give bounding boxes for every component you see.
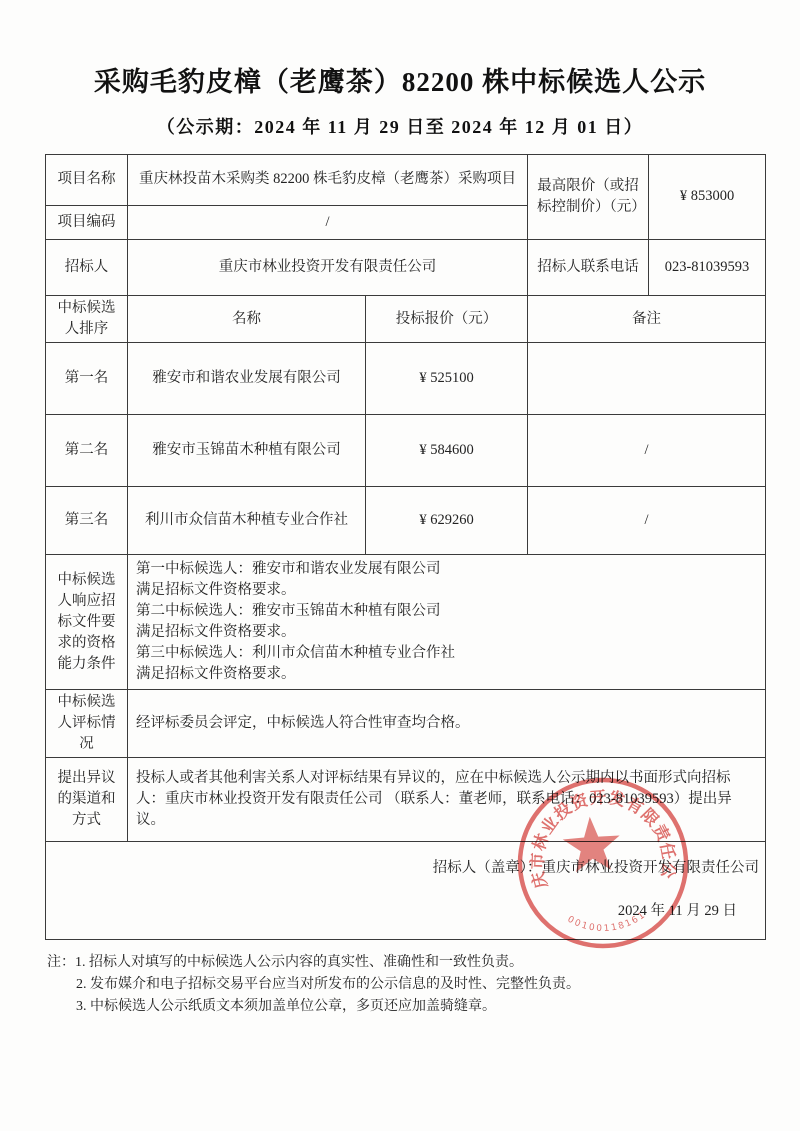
signature-row: 招标人（盖章）：重庆市林业投资开发有限责任公司 2024 年 11 月 29 日 (46, 842, 766, 940)
candidate-remark: / (528, 487, 766, 555)
note-line-2: 2. 发布媒介和电子招标交易平台应当对所发布的公示信息的及时性、完整性负责。 (47, 974, 800, 996)
candidate-rank: 第二名 (46, 415, 128, 487)
price-header: 投标报价（元） (366, 296, 528, 343)
candidate-rank: 第一名 (46, 343, 128, 415)
tenderer-phone-label: 招标人联系电话 (528, 240, 649, 296)
qualification-line: 第二中标候选人：雅安市玉锦苗木种植有限公司 (136, 601, 757, 622)
qualification-line: 第三中标候选人：利川市众信苗木种植专业合作社 (136, 643, 757, 664)
note-item: 3. 中标候选人公示纸质文本须加盖单位公章，多页还应加盖骑缝章。 (76, 999, 496, 1014)
candidate-name: 利川市众信苗木种植专业合作社 (128, 487, 366, 555)
note-item: 2. 发布媒介和电子招标交易平台应当对所发布的公示信息的及时性、完整性负责。 (76, 977, 580, 992)
evaluation-label: 中标候选人评标情况 (46, 690, 128, 758)
qualification-line: 满足招标文件资格要求。 (136, 580, 757, 601)
note-item: 1. 招标人对填写的中标候选人公示内容的真实性、准确性和一致性负责。 (75, 955, 523, 970)
candidate-row-3: 第三名 利川市众信苗木种植专业合作社 ¥ 629260 / (46, 487, 766, 555)
objection-content: 投标人或者其他利害关系人对评标结果有异议的，应在中标候选人公示期内以书面形式向招… (128, 758, 766, 842)
evaluation-row: 中标候选人评标情况 经评标委员会评定，中标候选人符合性审查均合格。 (46, 690, 766, 758)
publicity-period: （公示期：2024 年 11 月 29 日至 2024 年 12 月 01 日） (0, 113, 800, 139)
remark-header: 备注 (528, 296, 766, 343)
project-name-value: 重庆林投苗木采购类 82200 株毛豹皮樟（老鹰茶）采购项目 (128, 155, 528, 206)
note-line-1: 注：1. 招标人对填写的中标候选人公示内容的真实性、准确性和一致性负责。 (47, 952, 800, 974)
candidates-header-row: 中标候选人排序 名称 投标报价（元） 备注 (46, 296, 766, 343)
tenderer-row: 招标人 重庆市林业投资开发有限责任公司 招标人联系电话 023-81039593 (46, 240, 766, 296)
candidate-rank: 第三名 (46, 487, 128, 555)
qualification-line: 满足招标文件资格要求。 (136, 622, 757, 643)
candidate-remark: / (528, 415, 766, 487)
rank-header: 中标候选人排序 (46, 296, 128, 343)
qualification-line: 满足招标文件资格要求。 (136, 664, 757, 685)
evaluation-content: 经评标委员会评定，中标候选人符合性审查均合格。 (128, 690, 766, 758)
signature-cell: 招标人（盖章）：重庆市林业投资开发有限责任公司 2024 年 11 月 29 日 (46, 842, 766, 940)
candidate-remark (528, 343, 766, 415)
candidate-name: 雅安市玉锦苗木种植有限公司 (128, 415, 366, 487)
objection-row: 提出异议的渠道和方式 投标人或者其他利害关系人对评标结果有异议的，应在中标候选人… (46, 758, 766, 842)
project-name-label: 项目名称 (46, 155, 128, 206)
qualification-line: 第一中标候选人：雅安市和谐农业发展有限公司 (136, 559, 757, 580)
candidate-row-2: 第二名 雅安市玉锦苗木种植有限公司 ¥ 584600 / (46, 415, 766, 487)
project-name-row: 项目名称 重庆林投苗木采购类 82200 株毛豹皮樟（老鹰茶）采购项目 最高限价… (46, 155, 766, 206)
candidate-name: 雅安市和谐农业发展有限公司 (128, 343, 366, 415)
notes: 注：1. 招标人对填写的中标候选人公示内容的真实性、准确性和一致性负责。 2. … (47, 952, 800, 1018)
qualification-content: 第一中标候选人：雅安市和谐农业发展有限公司 满足招标文件资格要求。 第二中标候选… (128, 555, 766, 690)
signature-date: 2024 年 11 月 29 日 (46, 901, 759, 922)
note-line-3: 3. 中标候选人公示纸质文本须加盖单位公章，多页还应加盖骑缝章。 (47, 996, 800, 1018)
candidate-price: ¥ 525100 (366, 343, 528, 415)
name-header: 名称 (128, 296, 366, 343)
candidate-price: ¥ 629260 (366, 487, 528, 555)
candidate-row-1: 第一名 雅安市和谐农业发展有限公司 ¥ 525100 (46, 343, 766, 415)
tenderer-phone-value: 023-81039593 (649, 240, 766, 296)
document-page: 采购毛豹皮樟（老鹰茶）82200 株中标候选人公示 （公示期：2024 年 11… (0, 0, 800, 1131)
qualification-row: 中标候选人响应招标文件要求的资格能力条件 第一中标候选人：雅安市和谐农业发展有限… (46, 555, 766, 690)
document-title: 采购毛豹皮樟（老鹰茶）82200 株中标候选人公示 (0, 0, 800, 99)
signature-line: 招标人（盖章）：重庆市林业投资开发有限责任公司 (46, 858, 759, 879)
tenderer-label: 招标人 (46, 240, 128, 296)
tenderer-value: 重庆市林业投资开发有限责任公司 (128, 240, 528, 296)
notes-prefix: 注： (47, 955, 75, 970)
qualification-label: 中标候选人响应招标文件要求的资格能力条件 (46, 555, 128, 690)
max-price-value: ¥ 853000 (649, 155, 766, 240)
project-code-value: / (128, 206, 528, 240)
max-price-label: 最高限价（或招标控制价）（元） (528, 155, 649, 240)
announcement-table: 项目名称 重庆林投苗木采购类 82200 株毛豹皮樟（老鹰茶）采购项目 最高限价… (45, 154, 766, 940)
project-code-label: 项目编码 (46, 206, 128, 240)
candidate-price: ¥ 584600 (366, 415, 528, 487)
objection-label: 提出异议的渠道和方式 (46, 758, 128, 842)
